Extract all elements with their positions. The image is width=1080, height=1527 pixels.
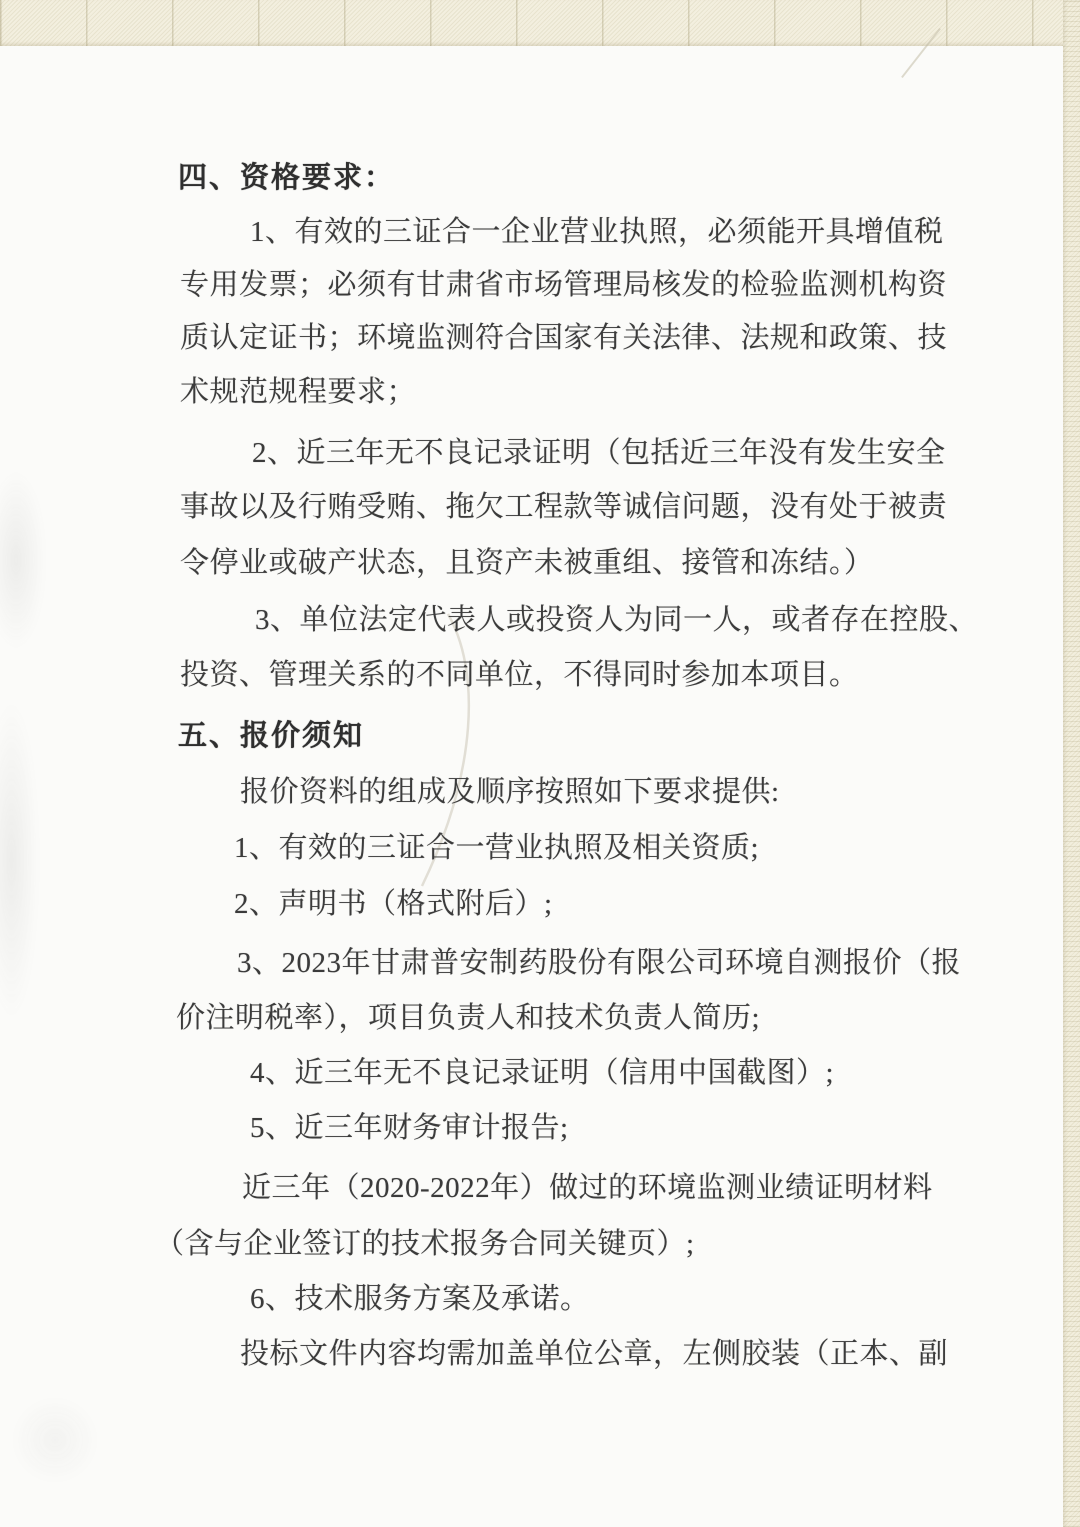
scanner-background-top-strip <box>0 0 1080 46</box>
doc-line: 6、技术服务方案及承诺。 <box>250 1279 590 1319</box>
doc-line: 1、有效的三证合一营业执照及相关资质; <box>234 828 759 868</box>
doc-line: 报价资料的组成及顺序按照如下要求提供: <box>240 772 780 812</box>
paper-smudge <box>0 470 46 650</box>
doc-line: 投资、管理关系的不同单位，不得同时参加本项目。 <box>180 655 859 695</box>
doc-line: 2、声明书（格式附后）; <box>234 884 553 924</box>
doc-line: 令停业或破产状态，且资产未被重组、接管和冻结。） <box>180 543 874 583</box>
doc-line: 1、有效的三证合一企业营业执照，必须能开具增值税 <box>250 212 944 252</box>
section-four-heading: 四、资格要求： <box>178 158 395 198</box>
section-five-heading: 五、报价须知 <box>178 716 364 756</box>
doc-line: 4、近三年无不良记录证明（信用中国截图）; <box>250 1053 834 1093</box>
doc-line: 术规范规程要求； <box>180 372 416 412</box>
doc-line: 5、近三年财务审计报告; <box>250 1108 569 1148</box>
scanned-document-page: 四、资格要求： 1、有效的三证合一企业营业执照，必须能开具增值税 专用发票；必须… <box>0 0 1080 1527</box>
doc-line: 专用发票；必须有甘肃省市场管理局核发的检验监测机构资 <box>180 265 947 305</box>
doc-line: 2、近三年无不良记录证明（包括近三年没有发生安全 <box>252 433 946 473</box>
doc-line: 事故以及行贿受贿、拖欠工程款等诚信问题，没有处于被责 <box>180 487 947 527</box>
doc-line: （含与企业签订的技术报务合同关键页）; <box>155 1224 695 1264</box>
doc-line: 3、2023年甘肃普安制药股份有限公司环境自测报价（报 <box>237 943 961 983</box>
doc-line: 质认定证书；环境监测符合国家有关法律、法规和政策、技 <box>180 318 947 358</box>
doc-line: 价注明税率），项目负责人和技术负责人简历; <box>176 998 760 1038</box>
paper-smudge <box>10 1395 100 1485</box>
doc-line: 3、单位法定代表人或投资人为同一人，或者存在控股、 <box>255 600 978 640</box>
scanner-background-right-strip <box>1063 0 1080 1527</box>
doc-line: 近三年（2020-2022年）做过的环境监测业绩证明材料 <box>242 1168 933 1208</box>
doc-line: 投标文件内容均需加盖单位公章，左侧胶装（正本、副 <box>240 1334 948 1374</box>
paper-smudge <box>0 700 39 1020</box>
